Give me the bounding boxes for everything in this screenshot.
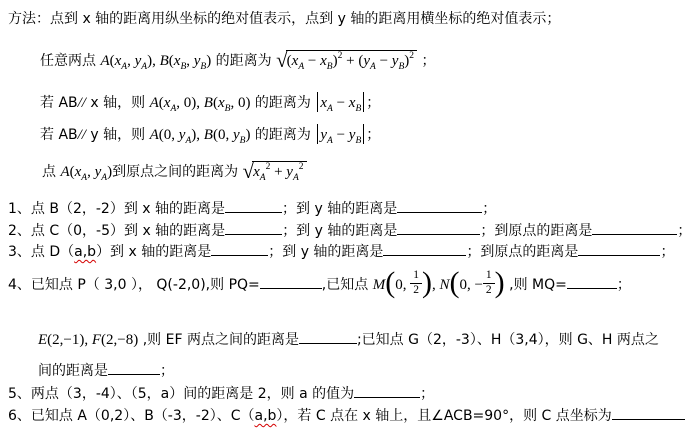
math-text: + xyxy=(270,164,286,180)
big-paren: ) xyxy=(422,266,432,299)
parallel-symbol: // xyxy=(78,127,86,143)
text-run: ； xyxy=(617,277,631,293)
text-run: 4、已知点 P（ 3,0 ）， Q(-2,0),则 PQ= xyxy=(8,277,260,293)
radicand: xA2 + yA2 xyxy=(252,161,306,183)
x-axis-parallel-formula: 若 AB// x 轴，则 A(xA, 0), B(xB, 0) 的距离为 xA … xyxy=(40,92,380,113)
subscripted-var: xA xyxy=(75,164,87,180)
subscripted-var: yB xyxy=(392,53,404,69)
spellcheck-underlined-text: a,b xyxy=(255,408,277,424)
absolute-value-bar-icon xyxy=(317,124,318,144)
y-axis-parallel-formula: 若 AB// y 轴，则 A(0, yA), B(0, yB) 的距离为 yA … xyxy=(40,124,380,145)
text-run: 5、两点（3，-4）、（5，a）间的距离是 2，则 a 的值为 xyxy=(8,386,354,402)
answer-blank xyxy=(383,242,466,256)
math-text: 0, − xyxy=(459,277,482,293)
math-text: (2,−8) xyxy=(101,332,138,348)
question-5: 5、两点（3，-4）、（5，a）间的距离是 2，则 a 的值为； xyxy=(8,384,434,404)
math-var: A xyxy=(100,53,109,69)
big-paren: ) xyxy=(495,266,505,299)
subscripted-var: xB xyxy=(174,53,186,69)
text-run: ；到原点的距离是 xyxy=(466,244,578,260)
answer-blank xyxy=(225,221,282,235)
text-run: 的距离为 xyxy=(211,53,276,69)
text-run: 间的距离是 xyxy=(38,363,108,379)
subscript: A xyxy=(260,173,266,183)
math-var: A xyxy=(150,95,159,111)
math-var: M xyxy=(373,277,386,293)
math-text: (0, xyxy=(213,127,233,143)
question-6: 6、已知点 A（0,2）、B（-3，-2）、C（a,b），若 C 点在 x 轴上… xyxy=(8,406,685,426)
answer-blank xyxy=(578,242,660,256)
text-run: ； xyxy=(482,201,496,217)
numerator: 1 xyxy=(483,269,495,284)
text-run: 到原点之间的距离为 xyxy=(112,164,242,180)
subscripted-var: xA xyxy=(253,164,265,180)
text-run: 若 AB xyxy=(40,127,78,143)
subscript: A xyxy=(293,173,299,183)
text-run: 任意两点 xyxy=(40,53,100,69)
text-run: 若 AB xyxy=(40,95,78,111)
math-text: − xyxy=(333,95,349,111)
math-text: ( xyxy=(110,53,115,69)
subscript: B xyxy=(355,104,361,114)
answer-blank xyxy=(260,275,322,289)
worksheet-page: 方法：点到 x 轴的距离用纵坐标的绝对值表示，点到 y 轴的距离用横坐标的绝对值… xyxy=(0,0,685,441)
subscripted-var: yA xyxy=(135,53,147,69)
numerator: 1 xyxy=(410,269,422,284)
math-text: (0, xyxy=(159,127,179,143)
math-var: B xyxy=(160,53,169,69)
question-4-ef: E(2,−1), F(2,−8) ,则 EF 两点之间的距离是;已知点 G（2，… xyxy=(38,330,659,350)
math-var: N xyxy=(439,277,449,293)
text-run: ；到原点的距离是 xyxy=(480,223,592,239)
text-run: ,则 EF 两点之间的距离是 xyxy=(138,332,299,348)
big-paren: ( xyxy=(385,266,395,299)
question-3: 3、点 D（a,b）到 x 轴的距离是；到 y 轴的距离是；到原点的距离是； xyxy=(8,242,674,262)
superscript: 2 xyxy=(409,51,414,61)
answer-blank xyxy=(567,275,617,289)
big-paren: ( xyxy=(449,266,459,299)
math-var: E xyxy=(38,332,47,348)
subscripted-var: yB xyxy=(233,127,245,143)
text-run: ,已知点 xyxy=(322,277,373,293)
math-text: , xyxy=(196,127,204,143)
math-text: − xyxy=(304,53,320,69)
math-text: − xyxy=(333,127,349,143)
text-run: 方法：点到 x 轴的距离用纵坐标的绝对值表示，点到 y 轴的距离用横坐标的绝对值… xyxy=(8,11,560,27)
answer-blank xyxy=(108,361,160,375)
absolute-value-bar-icon xyxy=(363,92,364,112)
parallel-symbol: // xyxy=(78,95,86,111)
subscripted-var: xA xyxy=(292,53,304,69)
text-run: 3、点 D（ xyxy=(8,244,74,260)
text-run: ；到 y 轴的距离是 xyxy=(268,244,383,260)
answer-blank xyxy=(225,199,282,213)
math-text: + ( xyxy=(342,53,363,69)
answer-blank xyxy=(354,384,420,398)
subscripted-var: yA xyxy=(286,164,298,180)
answer-blank xyxy=(397,221,480,235)
text-run: ； xyxy=(366,95,380,111)
spellcheck-underlined-text: a,b xyxy=(74,244,96,260)
answer-blank xyxy=(211,242,268,256)
subscripted-var: xA xyxy=(115,53,127,69)
subscripted-var: yA xyxy=(179,127,191,143)
origin-distance-formula: 点 A(xA, yA)到原点之间的距离为 √xA2 + yA2 xyxy=(42,161,307,183)
question-4: 4、已知点 P（ 3,0 ）， Q(-2,0),则 PQ=,已知点 M(0, 1… xyxy=(8,270,631,300)
text-run: ,则 MQ= xyxy=(505,277,567,293)
question-4-cont: 间的距离是； xyxy=(38,361,174,381)
math-text: , xyxy=(186,53,194,69)
math-var: B xyxy=(204,95,213,111)
text-run: 2、点 C（0，-5）到 x 轴的距离是 xyxy=(8,223,225,239)
math-var: B xyxy=(204,127,213,143)
fraction: 12 xyxy=(410,269,422,298)
subscripted-var: xA xyxy=(164,95,176,111)
sqrt-radical: √(xA − xB)2 + (yA − yB)2 xyxy=(276,50,417,72)
text-run: ； xyxy=(677,223,685,239)
absolute-value-bar-icon xyxy=(363,124,364,144)
two-point-distance-formula: 任意两点 A(xA, yA), B(xB, yB) 的距离为 √(xA − xB… xyxy=(40,50,435,72)
radicand: (xA − xB)2 + (yA − yB)2 xyxy=(286,50,417,72)
subscripted-var: yB xyxy=(194,53,206,69)
subscripted-var: xB xyxy=(218,95,230,111)
superscript: 2 xyxy=(299,162,304,172)
math-text: ( xyxy=(287,53,292,69)
text-run: ； xyxy=(660,244,674,260)
math-text: , xyxy=(84,332,92,348)
math-var: A xyxy=(150,127,159,143)
math-var: F xyxy=(92,332,101,348)
text-run: ； xyxy=(420,386,434,402)
math-text: (2,−1) xyxy=(47,332,84,348)
text-run: x 轴，则 xyxy=(86,95,150,111)
text-run: ；到 y 轴的距离是 xyxy=(282,223,397,239)
text-run: ； xyxy=(417,53,435,69)
text-run: 1、点 B（2，-2）到 x 轴的距离是 xyxy=(8,201,225,217)
text-run: ；到 y 轴的距离是 xyxy=(282,201,397,217)
text-run: ； xyxy=(366,127,380,143)
text-run: ）到 x 轴的距离是 xyxy=(96,244,211,260)
math-var: A xyxy=(60,164,69,180)
subscripted-var: yA xyxy=(320,127,332,143)
text-run: y 轴，则 xyxy=(86,127,150,143)
subscripted-var: xB xyxy=(349,95,361,111)
answer-blank xyxy=(612,406,685,420)
math-text: , 0) xyxy=(230,95,250,111)
denominator: 2 xyxy=(483,284,495,298)
question-1: 1、点 B（2，-2）到 x 轴的距离是；到 y 轴的距离是； xyxy=(8,199,496,219)
math-text: , xyxy=(196,95,204,111)
answer-blank xyxy=(299,330,357,344)
text-run: 的距离为 xyxy=(250,127,315,143)
text-run: 的距离为 xyxy=(250,95,315,111)
subscripted-var: xB xyxy=(320,53,332,69)
math-text: , 0) xyxy=(176,95,196,111)
text-run: 点 xyxy=(42,164,60,180)
math-text: − xyxy=(376,53,392,69)
math-text: , xyxy=(152,53,160,69)
denominator: 2 xyxy=(410,284,422,298)
math-text: 0, xyxy=(395,277,410,293)
text-run: 6、已知点 A（0,2）、B（-3，-2）、C（ xyxy=(8,408,255,424)
math-text: , xyxy=(87,164,95,180)
math-text: , xyxy=(127,53,135,69)
text-run: ； xyxy=(160,363,174,379)
subscripted-var: xA xyxy=(320,95,332,111)
text-run: ），若 C 点在 x 轴上，且∠ACB=90°，则 C 点坐标为 xyxy=(276,408,611,424)
subscripted-var: yA xyxy=(95,164,107,180)
answer-blank xyxy=(397,199,482,213)
absolute-value-bar-icon xyxy=(317,92,318,112)
method-note-line: 方法：点到 x 轴的距离用纵坐标的绝对值表示，点到 y 轴的距离用横坐标的绝对值… xyxy=(8,10,560,29)
subscript: B xyxy=(355,136,361,146)
sqrt-radical: √xA2 + yA2 xyxy=(243,161,307,183)
question-2: 2、点 C（0，-5）到 x 轴的距离是；到 y 轴的距离是；到原点的距离是； xyxy=(8,221,685,241)
subscripted-var: yB xyxy=(349,127,361,143)
math-text: ( xyxy=(70,164,75,180)
answer-blank xyxy=(592,221,677,235)
fraction: 12 xyxy=(483,269,495,298)
text-run: ;已知点 G（2，-3）、H（3,4），则 G、H 两点之 xyxy=(357,332,659,348)
subscripted-var: yA xyxy=(363,53,375,69)
